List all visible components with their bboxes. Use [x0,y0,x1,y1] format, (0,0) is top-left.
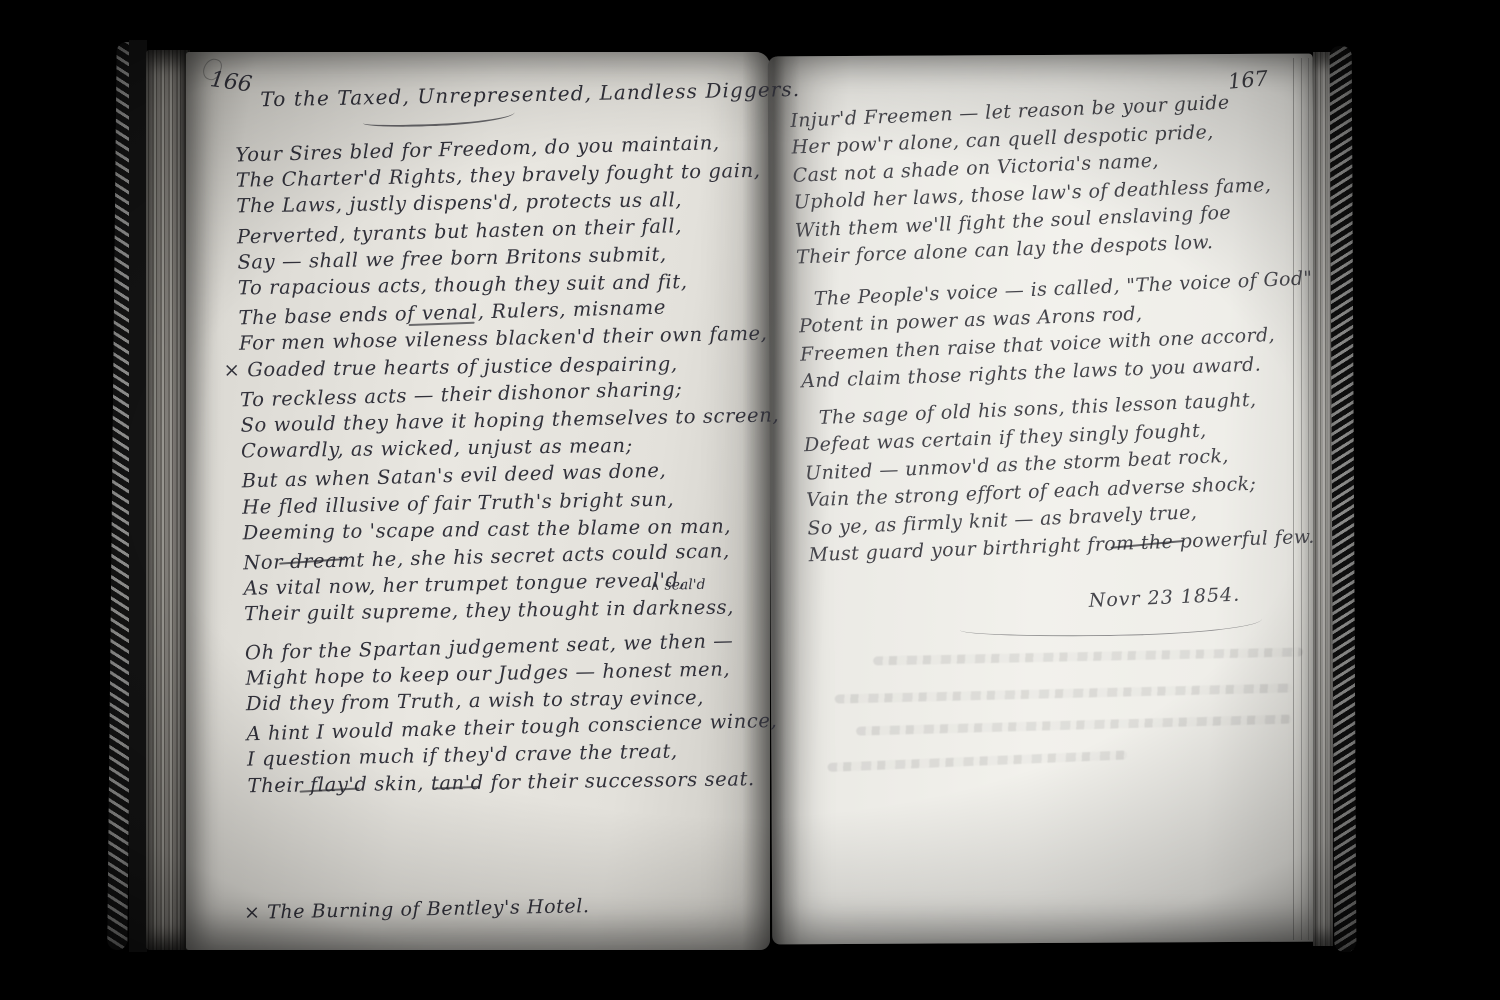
date-flourish-underline [960,617,1262,638]
inserted-word-seald: ∧ seal'd [650,577,706,594]
right-page-stanza-2: The People's voice — is called, "The voi… [797,265,1325,397]
right-page-curl-lines [1286,58,1314,940]
left-page-poem: Your Sires bled for Freedom, do you main… [235,129,786,800]
poem-title: To the Taxed, Unrepresented, Landless Di… [260,77,800,111]
right-page-stanza-1: Injur'd Freemen — let reason be your gui… [790,86,1320,273]
bleed-through-line [873,647,1303,665]
bleed-through-line [835,683,1293,703]
page-number-left: 166 [208,67,253,98]
title-underline [363,109,515,129]
right-cover-tooled-edge [1330,46,1357,952]
left-cover-board [129,40,147,952]
left-page-edge-stack [146,50,190,950]
right-page-content: Injur'd Freemen — let reason be your gui… [788,42,1348,933]
poem-line: Their guilt supreme, they thought in dar… [244,593,783,628]
bleed-through-line [856,715,1292,736]
bleed-through-line [827,750,1127,772]
page-number-right: 167 [1227,66,1269,93]
photo-backdrop: 166 To the Taxed, Unrepresented, Landles… [0,0,1500,1000]
date-inscription: Novr 23 1854. [1088,584,1240,612]
footnote: × The Burning of Bentley's Hotel. [244,895,590,924]
left-page-content: 166 To the Taxed, Unrepresented, Landles… [204,52,781,951]
right-page-stanza-3: The sage of old his sons, this lesson ta… [802,384,1332,571]
